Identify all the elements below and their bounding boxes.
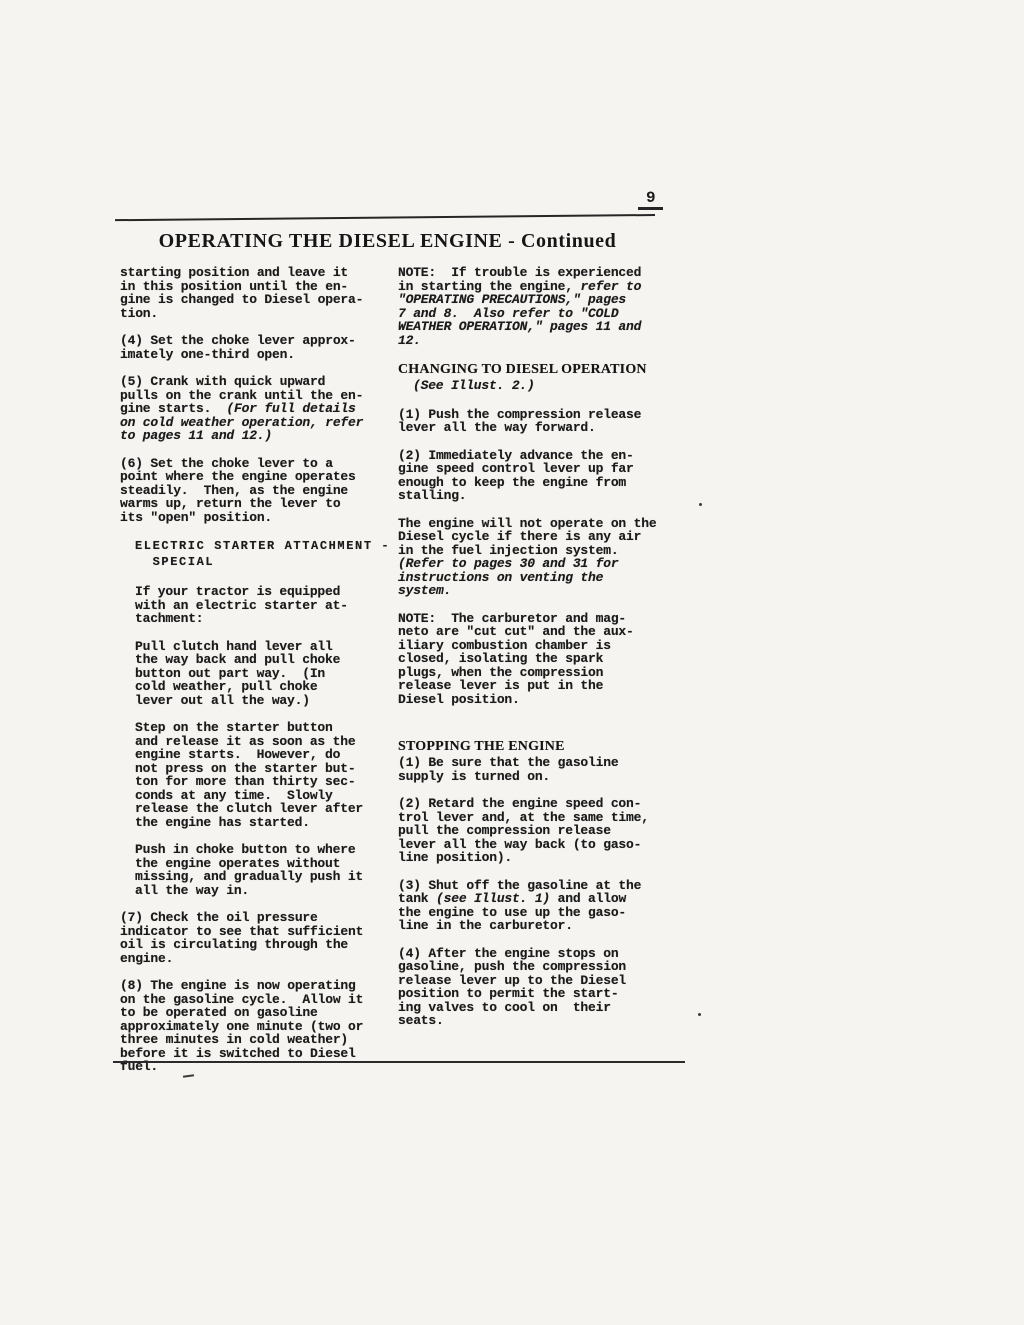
- text-run: ELECTRIC STARTER ATTACHMENT - SPECIAL: [135, 539, 390, 569]
- paragraph: (7) Check the oil pressure indicator to …: [120, 911, 398, 965]
- text-run: (1) Be sure that the gasoline supply is …: [398, 755, 618, 784]
- text-run: The engine will not operate on the Diese…: [398, 516, 656, 558]
- paragraph: starting position and leave it in this p…: [120, 266, 398, 320]
- paragraph: (See Illust. 2.): [413, 379, 686, 393]
- scan-speck: [698, 1013, 701, 1016]
- right-column: NOTE: If trouble is experienced in start…: [398, 266, 686, 1042]
- text-run: (8) The engine is now operating on the g…: [120, 978, 363, 1074]
- paragraph: (8) The engine is now operating on the g…: [120, 979, 398, 1074]
- document-page: 9 OPERATING THE DIESEL ENGINE - Continue…: [0, 0, 1024, 1325]
- text-run: (2) Immediately advance the en- gine spe…: [398, 448, 634, 504]
- paragraph: NOTE: The carburetor and mag- neto are "…: [398, 612, 686, 707]
- text-run: CHANGING TO DIESEL OPERATION: [398, 362, 647, 377]
- text-run: Pull clutch hand lever all the way back …: [135, 639, 340, 708]
- two-column-body: starting position and leave it in this p…: [120, 266, 686, 1088]
- text-run: Step on the starter button and release i…: [135, 720, 363, 830]
- paragraph: Pull clutch hand lever all the way back …: [135, 640, 398, 708]
- paragraph: Push in choke button to where the engine…: [135, 843, 398, 897]
- paragraph: If your tractor is equipped with an elec…: [135, 585, 398, 626]
- paragraph: (4) After the engine stops on gasoline, …: [398, 947, 686, 1028]
- subsection-heading: ELECTRIC STARTER ATTACHMENT - SPECIAL: [135, 538, 398, 570]
- text-run: NOTE: The carburetor and mag- neto are "…: [398, 611, 634, 707]
- paragraph: (2) Retard the engine speed con- trol le…: [398, 797, 686, 865]
- left-column: starting position and leave it in this p…: [120, 266, 398, 1088]
- text-run: (7) Check the oil pressure indicator to …: [120, 910, 363, 966]
- section-heading: CHANGING TO DIESEL OPERATION: [398, 361, 686, 378]
- text-run: If your tractor is equipped with an elec…: [135, 584, 348, 626]
- paragraph: (4) Set the choke lever approx- imately …: [120, 334, 398, 361]
- paragraph: (3) Shut off the gasoline at the tank (s…: [398, 879, 686, 933]
- bottom-rule: [113, 1061, 685, 1063]
- page-number: 9: [638, 189, 663, 210]
- text-run: (4) Set the choke lever approx- imately …: [120, 333, 356, 362]
- text-run: (1) Push the compression release lever a…: [398, 407, 641, 436]
- paragraph: (6) Set the choke lever to a point where…: [120, 457, 398, 525]
- top-rule: [115, 214, 655, 221]
- text-run: (4) After the engine stops on gasoline, …: [398, 946, 626, 1029]
- paragraph: (1) Push the compression release lever a…: [398, 408, 686, 435]
- section-heading: STOPPING THE ENGINE: [398, 738, 686, 755]
- paragraph: The engine will not operate on the Diese…: [398, 517, 686, 598]
- paragraph: Step on the starter button and release i…: [135, 721, 398, 829]
- paragraph: NOTE: If trouble is experienced in start…: [398, 266, 686, 347]
- paragraph: (5) Crank with quick upward pulls on the…: [120, 375, 398, 443]
- text-run: Push in choke button to where the engine…: [135, 842, 363, 898]
- paragraph: (2) Immediately advance the en- gine spe…: [398, 449, 686, 503]
- scan-speck: [699, 503, 702, 506]
- text-run: (2) Retard the engine speed con- trol le…: [398, 796, 649, 865]
- text-run: starting position and leave it in this p…: [120, 265, 363, 321]
- paragraph: (1) Be sure that the gasoline supply is …: [398, 756, 686, 783]
- text-run: (Refer to pages 30 and 31 for instructio…: [398, 556, 618, 598]
- text-run: (See Illust. 2.): [413, 378, 535, 393]
- text-run: STOPPING THE ENGINE: [398, 739, 565, 754]
- text-run: (6) Set the choke lever to a point where…: [120, 456, 356, 525]
- page-title: OPERATING THE DIESEL ENGINE - Continued: [115, 229, 660, 253]
